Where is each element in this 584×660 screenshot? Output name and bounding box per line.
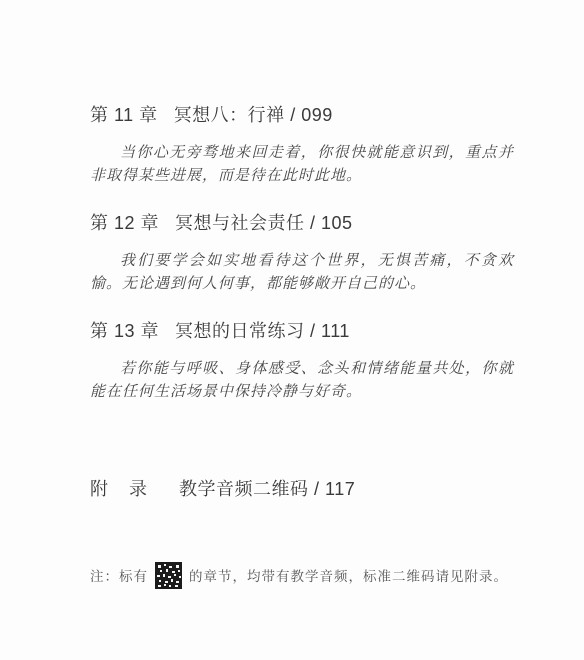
appendix-label: 附 录 (90, 479, 155, 499)
appendix-title: 教学音频二维码 / 117 (179, 479, 355, 499)
chapter-12-heading: 第 12 章冥想与社会责任 / 105 (90, 210, 514, 236)
chapter-12-description: 我们要学会如实地看待这个世界，无惧苦痛，不贪欢愉。无论遇到何人何事，都能够敞开自… (90, 250, 514, 296)
appendix-entry: 附 录教学音频二维码 / 117 (90, 476, 514, 502)
chapter-11-title: 冥想八：行禅 / 099 (174, 105, 333, 125)
book-toc-page: 第 11 章冥想八：行禅 / 099 当你心无旁骛地来回走着，你很快就能意识到，… (0, 0, 584, 660)
chapter-11-description: 当你心无旁骛地来回走着，你很快就能意识到，重点并非取得某些进展，而是待在此时此地… (90, 142, 514, 188)
toc-entry-chapter-13: 第 13 章冥想的日常练习 / 111 若你能与呼吸、身体感受、念头和情绪能量共… (90, 318, 514, 404)
chapter-12-label: 第 12 章 (90, 213, 159, 233)
toc-entry-chapter-12: 第 12 章冥想与社会责任 / 105 我们要学会如实地看待这个世界，无惧苦痛，… (90, 210, 514, 296)
qr-code-icon (155, 562, 182, 589)
chapter-11-label: 第 11 章 (90, 105, 158, 125)
chapter-13-title: 冥想的日常练习 / 111 (175, 321, 350, 341)
chapter-13-label: 第 13 章 (90, 321, 159, 341)
footnote: 注：标有 (90, 562, 514, 591)
footnote-suffix: 的章节，均带有教学音频，标准二维码请见附录。 (189, 569, 508, 584)
footnote-prefix: 注：标有 (90, 569, 148, 584)
toc-entry-chapter-11: 第 11 章冥想八：行禅 / 099 当你心无旁骛地来回走着，你很快就能意识到，… (90, 102, 514, 188)
chapter-13-description: 若你能与呼吸、身体感受、念头和情绪能量共处，你就能在任何生活场景中保持冷静与好奇… (90, 358, 514, 404)
chapter-12-title: 冥想与社会责任 / 105 (175, 213, 353, 233)
chapter-13-heading: 第 13 章冥想的日常练习 / 111 (90, 318, 514, 344)
chapter-11-heading: 第 11 章冥想八：行禅 / 099 (90, 102, 514, 128)
